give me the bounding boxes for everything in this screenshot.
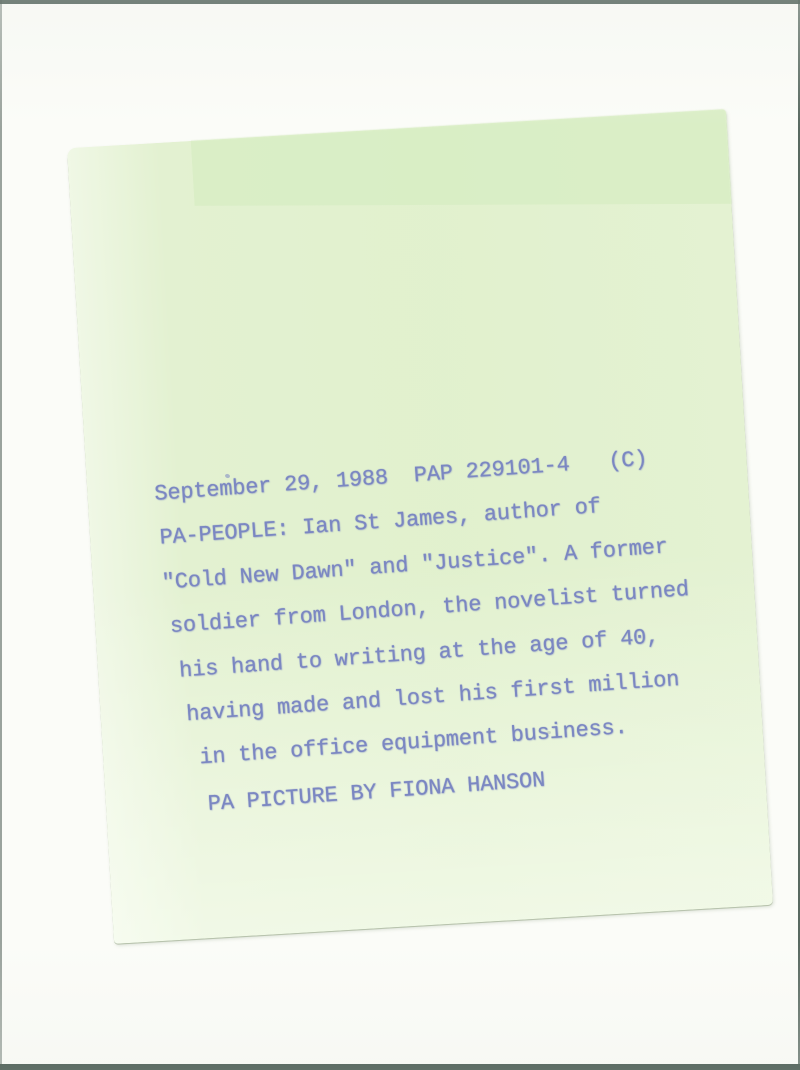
scan-border-left xyxy=(0,0,2,1070)
scan-border-top xyxy=(0,0,800,4)
ink-speck xyxy=(547,731,551,734)
scan-border-bottom xyxy=(0,1064,800,1070)
scanned-photo-caption-sheet: September 29, 1988 PAP 229101-4 (C) PA-P… xyxy=(0,0,800,1070)
caption-text-block: September 29, 1988 PAP 229101-4 (C) PA-P… xyxy=(153,429,797,830)
